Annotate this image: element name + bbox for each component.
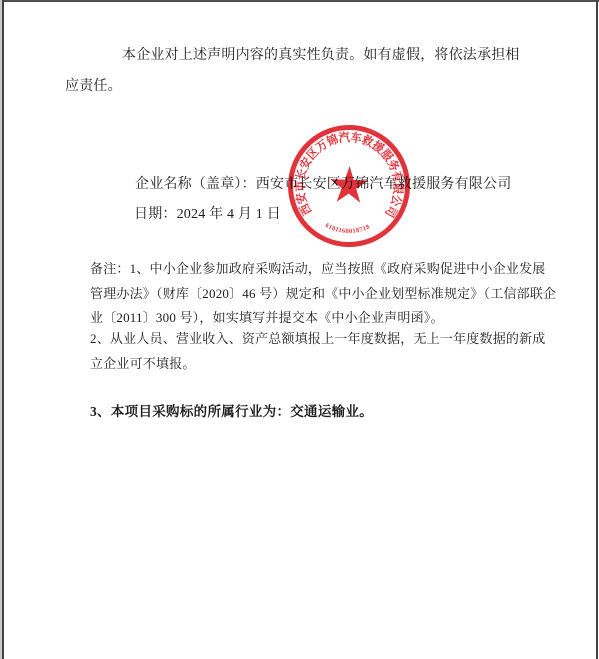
note-line: 管理办法》（财库〔2020〕46 号）规定和《中小企业划型标准规定》（工信部联企: [90, 282, 556, 307]
page-border-left: [2, 0, 4, 659]
paragraph-line: 应责任。: [65, 71, 535, 102]
date-line: 日期：2024 年 4 月 1 日: [134, 203, 281, 223]
note-line: 立企业可不填报。: [90, 352, 546, 377]
page-border-top: [0, 0, 599, 2]
industry-declaration-line: 3、本项目采购标的所属行业为：交通运输业。: [90, 400, 373, 420]
seal-star-icon: [329, 165, 368, 202]
company-seal-stamp-icon: 西安市长安区万锦汽车救援服务有限公司 6101160018718: [282, 119, 416, 253]
page-border-right: [596, 0, 598, 659]
notes-paragraph-1: 备注：1、中小企业参加政府采购活动，应当按照《政府采购促进中小企业发展 管理办法…: [90, 257, 556, 331]
paragraph-line: 本企业对上述声明内容的真实性负责。如有虚假，将依法承担相: [65, 40, 535, 71]
note-line: 2、从业人员、营业收入、资产总额填报上一年度数据，无上一年度数据的新成: [90, 327, 546, 352]
notes-paragraph-2: 2、从业人员、营业收入、资产总额填报上一年度数据，无上一年度数据的新成 立企业可…: [90, 327, 546, 376]
note-line: 备注：1、中小企业参加政府采购活动，应当按照《政府采购促进中小企业发展: [90, 257, 556, 282]
seal-serial-number: 6101160018718: [324, 222, 372, 236]
responsibility-paragraph: 本企业对上述声明内容的真实性负责。如有虚假，将依法承担相 应责任。: [65, 40, 535, 102]
declaration-document-page: 本企业对上述声明内容的真实性负责。如有虚假，将依法承担相 应责任。 企业名称（盖…: [0, 0, 599, 659]
